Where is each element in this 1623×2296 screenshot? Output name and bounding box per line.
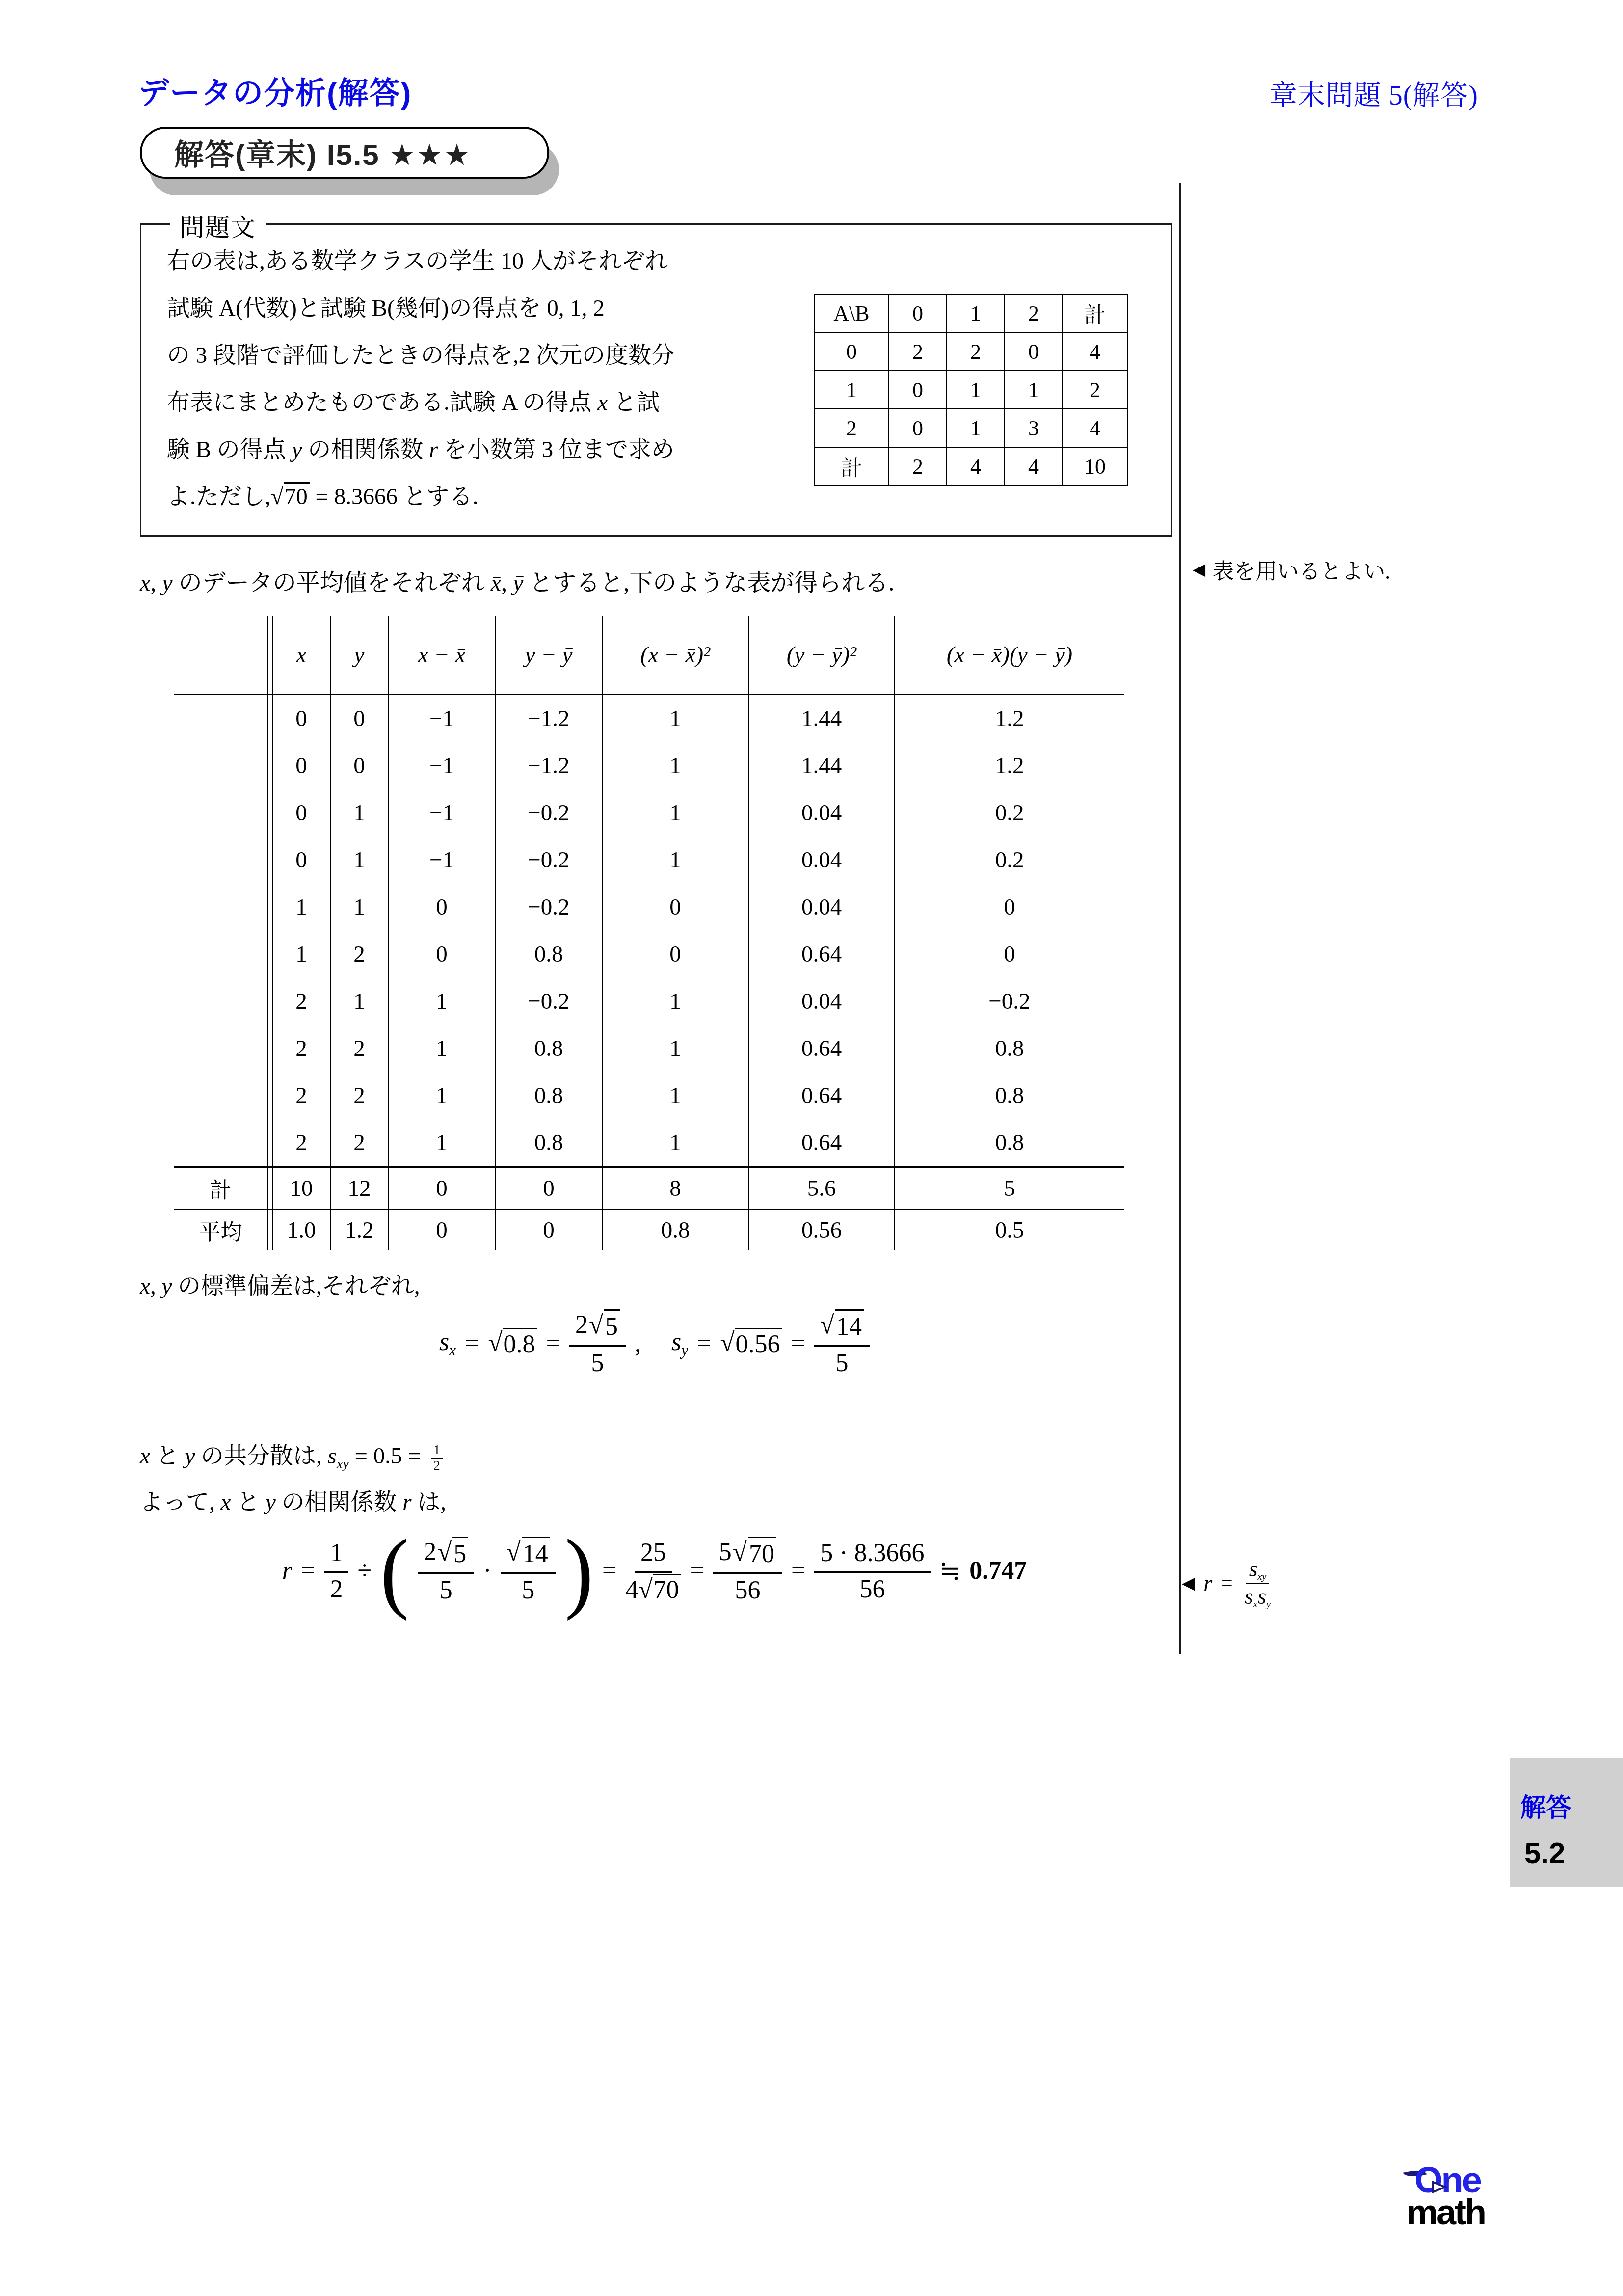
table-row: 1200.800.640 <box>174 931 1124 978</box>
answer-tab: 解答 5.2 <box>1510 1758 1623 1887</box>
table-row: 2210.810.640.8 <box>174 1072 1124 1119</box>
table-cell <box>174 1119 267 1167</box>
math-fraction: sxy sxsy <box>1242 1556 1274 1610</box>
table-row: 計10120085.65 <box>174 1167 1124 1210</box>
table-cell: 4 <box>1063 332 1127 371</box>
table-cell: 1 <box>330 884 388 931</box>
table-cell: 0.04 <box>748 884 895 931</box>
table-cell: 10 <box>1063 447 1127 486</box>
table-cell <box>267 884 272 931</box>
table-row: 01−1−0.210.040.2 <box>174 837 1124 884</box>
left-triangle-icon: ◀ <box>1182 1573 1195 1593</box>
text-piece: x̄ <box>491 570 501 596</box>
text-piece: ȳ <box>513 570 523 596</box>
table-cell <box>174 1072 267 1119</box>
table-cell: 1.44 <box>748 695 895 743</box>
table-cell: (x − x̄)(y − ȳ) <box>895 616 1124 695</box>
math-fraction: 5 · 8.3666 56 <box>814 1537 930 1605</box>
solution-badge: 解答(章末) I5.5 ★★★ <box>140 127 549 179</box>
table-cell: 3 <box>1005 409 1063 447</box>
table-cell: 0 <box>330 742 388 789</box>
math-token: = <box>465 1329 479 1358</box>
math-fraction: 2√5 5 <box>569 1308 626 1379</box>
table-cell: −1.2 <box>495 742 602 789</box>
math-token: = <box>301 1556 315 1585</box>
table-cell: 2 <box>814 409 889 447</box>
table-cell: 1.2 <box>330 1210 388 1251</box>
table-cell: 1 <box>272 931 330 978</box>
text-piece: 70 <box>284 482 310 510</box>
cov-sentence: x と y の共分散は, sxy = 0.5 = 12 <box>140 1437 443 1473</box>
r-formula-row: r = 1 2 ÷ ( 2√5 5 · √14 5 ) = 25 4√70 <box>282 1536 1027 1606</box>
table-row: 2210.810.640.8 <box>174 1119 1124 1167</box>
table-cell: 2 <box>330 1119 388 1167</box>
solution-badge-label: 解答(章末) I5.5 ★★★ <box>174 132 471 174</box>
table-cell: 1 <box>602 1119 748 1167</box>
math-fraction: 25 4√70 <box>625 1536 681 1605</box>
table-cell: −1.2 <box>495 695 602 743</box>
table-cell: 0.8 <box>495 931 602 978</box>
table-cell: 0.8 <box>495 1119 602 1167</box>
table-cell: y <box>330 616 388 695</box>
table-cell: 1.0 <box>272 1210 330 1251</box>
text-piece: の 3 段階で評価したときの得点を,2 次元の度数分 <box>167 343 674 368</box>
text-piece: = 0.5 = <box>349 1443 427 1469</box>
text-piece: の標準偏差は,それぞれ, <box>172 1273 420 1299</box>
table-cell <box>267 1025 272 1072</box>
table-cell <box>267 1119 272 1167</box>
table-cell: 1.2 <box>895 695 1124 743</box>
table-cell: 2 <box>330 931 388 978</box>
table-cell: y − ȳ <box>495 616 602 695</box>
table-cell: 8 <box>602 1167 748 1210</box>
table-row: xyx − x̄y − ȳ(x − x̄)²(y − ȳ)²(x − x̄)(y… <box>174 616 1124 695</box>
text-piece: , <box>150 570 162 596</box>
table-cell: 0 <box>1005 332 1063 371</box>
problem-text-line: 験 B の得点 y の相関係数 r を小数第 3 位まで求め <box>167 426 674 473</box>
table-cell: 2 <box>1063 371 1127 409</box>
table-cell: 0.64 <box>748 1119 895 1167</box>
math-token: = <box>791 1329 805 1358</box>
text-piece: , <box>501 570 513 596</box>
table-cell: 0 <box>889 294 947 332</box>
table-cell: 0.64 <box>748 931 895 978</box>
table-cell: (x − x̄)² <box>602 616 748 695</box>
math-token: = <box>602 1556 616 1585</box>
table-cell <box>174 742 267 789</box>
table-cell: 4 <box>947 447 1005 486</box>
table-row: 01−1−0.210.040.2 <box>174 789 1124 837</box>
intro-sentence: x, y のデータの平均値をそれぞれ x̄, ȳ とすると,下のような表が得られ… <box>140 564 894 597</box>
problem-text-line: 右の表は,ある数学クラスの学生 10 人がそれぞれ <box>167 238 674 285</box>
chapter-title: 章末問題 5(解答) <box>1270 74 1478 113</box>
text-piece: の共分散は, <box>195 1443 327 1469</box>
table-cell: 1 <box>602 978 748 1025</box>
table-cell: 0.8 <box>895 1025 1124 1072</box>
table-cell: 0 <box>814 332 889 371</box>
table-cell: −1 <box>388 742 495 789</box>
table-cell: 2 <box>272 978 330 1025</box>
table-cell: 0.8 <box>495 1072 602 1119</box>
table-cell: 0.2 <box>895 837 1124 884</box>
table-cell: 0 <box>388 1167 495 1210</box>
math-token: = <box>1221 1571 1233 1595</box>
table-cell <box>174 837 267 884</box>
text-piece: と試 <box>608 390 660 415</box>
table-cell: 2 <box>1005 294 1063 332</box>
table-cell: 2 <box>330 1072 388 1119</box>
text-piece: √ <box>271 484 284 510</box>
math-fraction: √14 5 <box>501 1536 556 1606</box>
answer-label: 解答 <box>1520 1787 1571 1824</box>
math-token: = <box>791 1556 805 1585</box>
table-cell: 0 <box>889 409 947 447</box>
table-cell: 2 <box>272 1025 330 1072</box>
math-token: r <box>282 1556 292 1585</box>
text-piece: y <box>266 1489 276 1515</box>
table-cell: 4 <box>1063 409 1127 447</box>
table-cell: 0 <box>272 789 330 837</box>
table-cell: −1 <box>388 695 495 743</box>
table-cell <box>267 931 272 978</box>
math-token: ÷ <box>357 1556 372 1585</box>
table-row: 2210.810.640.8 <box>174 1025 1124 1072</box>
table-row: 10112 <box>814 371 1127 409</box>
text-piece: x <box>140 1443 150 1469</box>
table-cell: 0.8 <box>895 1072 1124 1119</box>
table-cell: 1 <box>602 1025 748 1072</box>
math-token: sy <box>671 1327 688 1359</box>
table-cell: 0.04 <box>748 789 895 837</box>
table-cell: 0 <box>272 837 330 884</box>
text-piece: = 8.3666 とする. <box>310 484 479 510</box>
table-cell <box>174 789 267 837</box>
table-cell: 0.64 <box>748 1072 895 1119</box>
text-piece: , <box>150 1273 162 1299</box>
text-piece: と <box>231 1489 266 1515</box>
logo-beak-icon <box>1432 2181 1448 2193</box>
text-piece: x <box>221 1489 231 1515</box>
text-piece: y <box>185 1443 195 1469</box>
math-token: = <box>690 1556 704 1585</box>
text-piece: r <box>429 437 438 462</box>
table-cell <box>267 695 272 743</box>
table-row: 20134 <box>814 409 1127 447</box>
inline-fraction: 12 <box>431 1443 443 1474</box>
table-cell: 0 <box>272 742 330 789</box>
math-fraction: 5√70 56 <box>713 1536 782 1606</box>
table-row: 計24410 <box>814 447 1127 486</box>
text-piece: x <box>140 570 150 596</box>
table-cell: 1 <box>330 978 388 1025</box>
table-cell: 1 <box>602 837 748 884</box>
table-cell <box>174 884 267 931</box>
table-cell: 0 <box>602 884 748 931</box>
table-cell: (y − ȳ)² <box>748 616 895 695</box>
table-cell: 計 <box>1063 294 1127 332</box>
table-cell: −0.2 <box>895 978 1124 1025</box>
math-token: ≒ <box>939 1556 961 1586</box>
table-cell: 0 <box>388 1210 495 1251</box>
sd-formula-row: sx = √0.8 = 2√5 5 , sy = √0.56 = √14 5 <box>439 1308 870 1379</box>
text-piece: y <box>161 1273 172 1299</box>
table-cell <box>174 616 267 695</box>
table-cell: 1 <box>330 837 388 884</box>
table-cell: 0.2 <box>895 789 1124 837</box>
answer-number: 5.2 <box>1524 1836 1565 1870</box>
table-cell: 0 <box>889 371 947 409</box>
table-row: 110−0.200.040 <box>174 884 1124 931</box>
table-cell <box>174 1025 267 1072</box>
text-piece: よ.ただし, <box>167 484 271 510</box>
math-token: √0.56 <box>720 1328 782 1359</box>
text-piece: のデータの平均値をそれぞれ <box>173 570 491 596</box>
problem-text-line: の 3 段階で評価したときの得点を,2 次元の度数分 <box>167 332 674 379</box>
table-cell: 0 <box>495 1167 602 1210</box>
table-cell: 1 <box>602 789 748 837</box>
problem-box: 問題文 右の表は,ある数学クラスの学生 10 人がそれぞれ 試験 A(代数)と試… <box>140 223 1172 537</box>
text-piece: x <box>140 1273 150 1299</box>
table-cell: 平均 <box>174 1210 267 1251</box>
problem-text-line: 試験 A(代数)と試験 B(幾何)の得点を 0, 1, 2 <box>167 285 674 332</box>
text-piece: は, <box>412 1489 447 1515</box>
math-token: sx <box>439 1327 456 1359</box>
math-token: , <box>635 1329 641 1358</box>
table-cell <box>267 1072 272 1119</box>
table-cell <box>267 837 272 884</box>
math-token: r <box>1203 1570 1212 1596</box>
frequency-table: A\B012計022041011220134計24410 <box>814 294 1128 486</box>
table-cell: 計 <box>814 447 889 486</box>
table-cell: 0 <box>388 931 495 978</box>
table-cell <box>267 1210 272 1251</box>
problem-text-line: よ.ただし,√70 = 8.3666 とする. <box>167 473 674 520</box>
text-piece: 布表にまとめたものである.試験 A の得点 <box>167 390 597 415</box>
table-cell <box>267 1167 272 1210</box>
table-cell: 1 <box>602 1072 748 1119</box>
table-row: 平均1.01.2000.80.560.5 <box>174 1210 1124 1251</box>
table-cell: 0 <box>895 931 1124 978</box>
table-cell: −0.2 <box>495 884 602 931</box>
text-piece: 験 B の得点 <box>167 437 292 462</box>
table-cell: 0.5 <box>895 1210 1124 1251</box>
margin-note-table-hint: ◀ 表を用いるとよい. <box>1193 554 1390 585</box>
table-cell: 2 <box>889 332 947 371</box>
text-piece: s <box>328 1443 337 1469</box>
text-piece: x <box>597 390 608 415</box>
table-cell: 0 <box>495 1210 602 1251</box>
table-cell: 0.8 <box>602 1210 748 1251</box>
logo-math-text: math <box>1407 2192 1485 2233</box>
table-cell: −0.2 <box>495 789 602 837</box>
text-piece: の相関係数 <box>302 437 429 462</box>
table-cell: 2 <box>330 1025 388 1072</box>
left-triangle-icon: ◀ <box>1193 560 1205 579</box>
table-cell: 1.44 <box>748 742 895 789</box>
table-row: 02204 <box>814 332 1127 371</box>
table-cell: 5.6 <box>748 1167 895 1210</box>
math-fraction: 1 2 <box>324 1537 348 1605</box>
document-page: データの分析(解答) 章末問題 5(解答) 解答(章末) I5.5 ★★★ 問題… <box>0 0 1623 2296</box>
table-cell: 計 <box>174 1167 267 1210</box>
table-cell: 0 <box>895 884 1124 931</box>
table-cell: 1.2 <box>895 742 1124 789</box>
table-cell: 1 <box>388 1072 495 1119</box>
table-cell: 1 <box>388 1025 495 1072</box>
table-cell: 1 <box>602 695 748 743</box>
text-piece: よって, <box>140 1489 221 1515</box>
table-cell: 1 <box>272 884 330 931</box>
table-cell: −0.2 <box>495 837 602 884</box>
conclusion-sentence: よって, x と y の相関係数 r は, <box>140 1484 446 1516</box>
margin-divider-rule <box>1179 183 1181 1654</box>
text-piece: y <box>292 437 302 462</box>
table-cell: 1 <box>330 789 388 837</box>
table-cell: 0.8 <box>895 1119 1124 1167</box>
table-cell: 0.04 <box>748 978 895 1025</box>
problem-text: 右の表は,ある数学クラスの学生 10 人がそれぞれ 試験 A(代数)と試験 B(… <box>167 238 674 520</box>
math-token: = <box>697 1329 711 1358</box>
final-answer-value: 0.747 <box>969 1556 1027 1585</box>
table-cell: 1 <box>1005 371 1063 409</box>
table-row: A\B012計 <box>814 294 1127 332</box>
math-token: · <box>483 1556 491 1585</box>
table-cell: 5 <box>895 1167 1124 1210</box>
table-cell: A\B <box>814 294 889 332</box>
margin-note-r-definition: ◀ r = sxy sxsy <box>1182 1556 1274 1610</box>
table-cell: 0.64 <box>748 1025 895 1072</box>
table-cell: 12 <box>330 1167 388 1210</box>
math-token: √0.8 <box>488 1328 537 1359</box>
table-cell <box>267 616 272 695</box>
table-row: 211−0.210.04−0.2 <box>174 978 1124 1025</box>
table-cell: 2 <box>272 1072 330 1119</box>
table-cell: −1 <box>388 837 495 884</box>
margin-note-text: 表を用いるとよい. <box>1212 554 1390 585</box>
text-piece: の相関係数 <box>276 1489 403 1515</box>
table-cell: 2 <box>272 1119 330 1167</box>
calc-table: xyx − x̄y − ȳ(x − x̄)²(y − ȳ)²(x − x̄)(y… <box>174 616 1124 1250</box>
table-cell <box>267 978 272 1025</box>
problem-text-line: 布表にまとめたものである.試験 A の得点 x と試 <box>167 379 674 426</box>
table-cell: 0.04 <box>748 837 895 884</box>
text-piece: と <box>150 1443 185 1469</box>
text-piece: r <box>402 1489 411 1515</box>
text-piece: を小数第 3 位まで求め <box>438 437 674 462</box>
table-cell: 0.8 <box>495 1025 602 1072</box>
sd-sentence: x, y の標準偏差は,それぞれ, <box>140 1268 420 1300</box>
r-formula: r = 1 2 ÷ ( 2√5 5 · √14 5 ) = 25 4√70 <box>140 1536 1169 1606</box>
table-cell: 1 <box>947 371 1005 409</box>
table-row: 00−1−1.211.441.2 <box>174 695 1124 743</box>
table-cell: 1 <box>947 409 1005 447</box>
table-cell: 2 <box>889 447 947 486</box>
table-cell <box>267 742 272 789</box>
table-cell <box>174 695 267 743</box>
onemath-logo: One math <box>1403 2159 1496 2228</box>
table-cell: 0 <box>330 695 388 743</box>
table-cell: 0.56 <box>748 1210 895 1251</box>
table-cell: x − x̄ <box>388 616 495 695</box>
table-cell: 1 <box>388 978 495 1025</box>
text-piece: 試験 A(代数)と試験 B(幾何)の得点を 0, 1, 2 <box>167 296 605 321</box>
table-row: 00−1−1.211.441.2 <box>174 742 1124 789</box>
sd-formula: sx = √0.8 = 2√5 5 , sy = √0.56 = √14 5 <box>140 1308 1169 1379</box>
table-cell: x <box>272 616 330 695</box>
table-cell: 1 <box>814 371 889 409</box>
text-piece: xy <box>337 1457 349 1472</box>
table-cell: −0.2 <box>495 978 602 1025</box>
table-cell: −1 <box>388 789 495 837</box>
table-cell <box>174 978 267 1025</box>
page-title: データの分析(解答) <box>138 69 412 112</box>
table-cell: 4 <box>1005 447 1063 486</box>
table-cell: 1 <box>602 742 748 789</box>
table-cell: 2 <box>947 332 1005 371</box>
math-fraction: √14 5 <box>814 1308 870 1379</box>
text-piece: y <box>162 570 172 596</box>
text-piece: とすると,下のような表が得られる. <box>523 570 894 596</box>
table-cell <box>267 789 272 837</box>
text-piece: 右の表は,ある数学クラスの学生 10 人がそれぞれ <box>167 248 668 274</box>
table-cell: 0 <box>602 931 748 978</box>
table-cell: 0 <box>388 884 495 931</box>
table-cell: 1 <box>947 294 1005 332</box>
table-cell <box>174 931 267 978</box>
math-token: = <box>546 1329 560 1358</box>
math-fraction: 2√5 5 <box>418 1536 474 1606</box>
table-cell: 10 <box>272 1167 330 1210</box>
table-cell: 0 <box>272 695 330 743</box>
table-cell: 1 <box>388 1119 495 1167</box>
